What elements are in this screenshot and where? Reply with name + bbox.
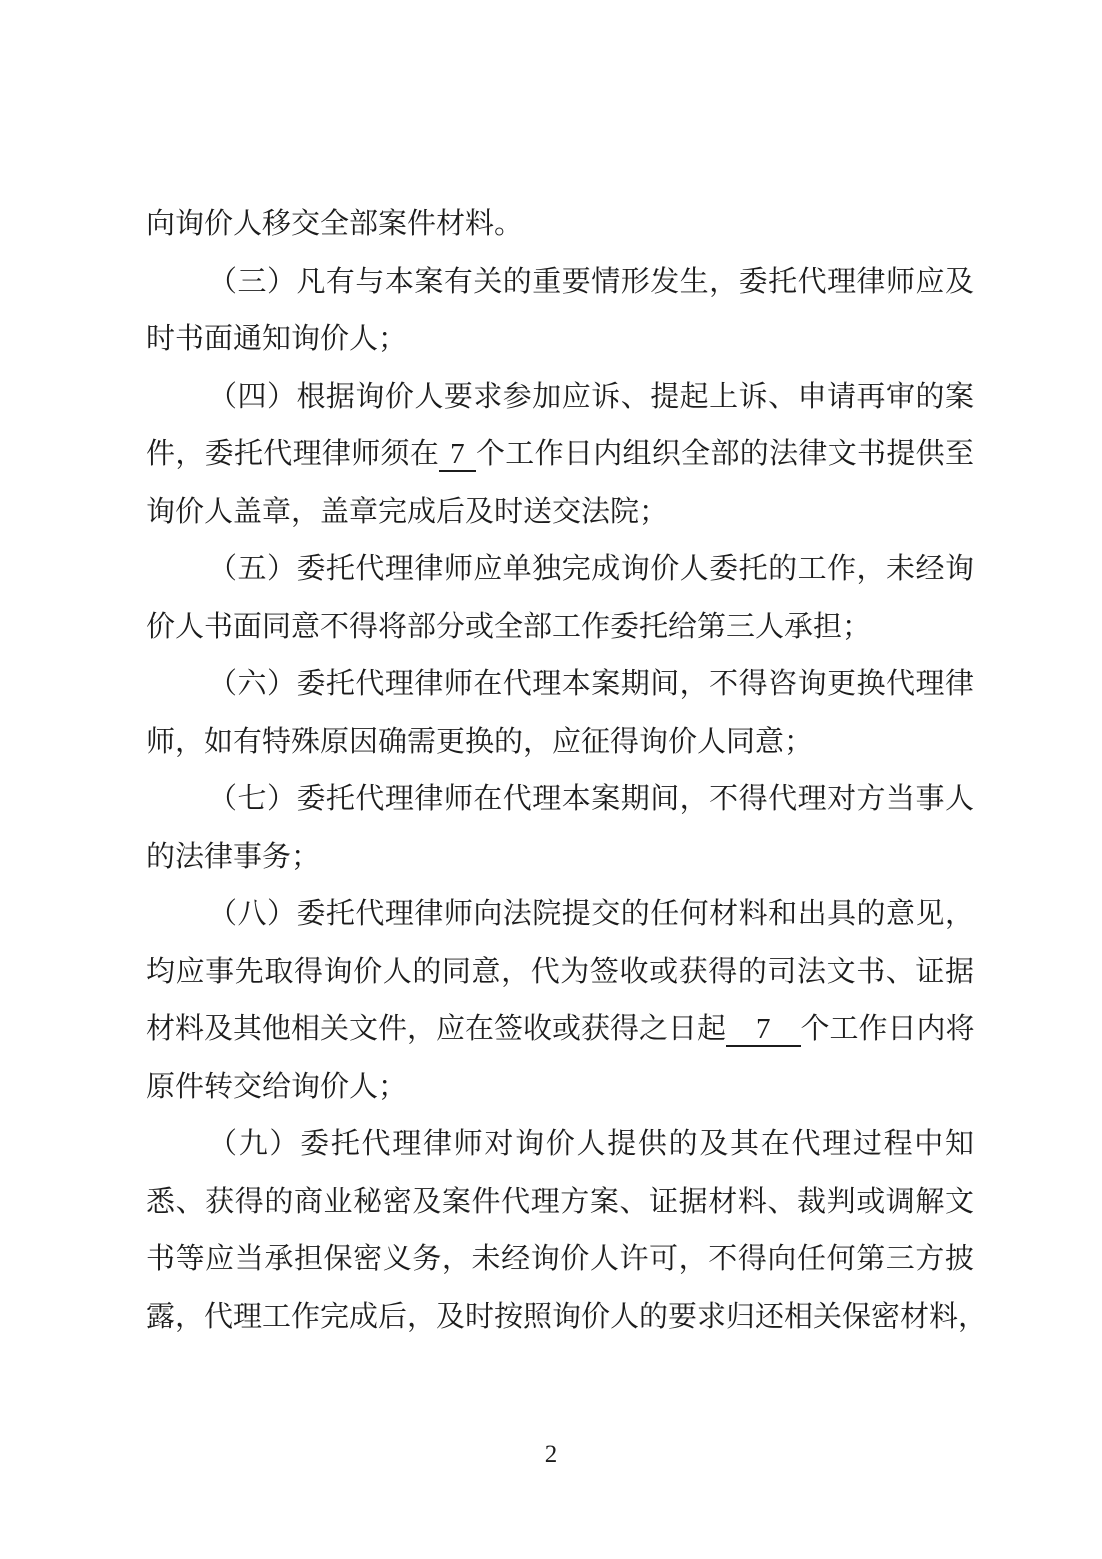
document-line: 均应事先取得询价人的同意，代为签收或获得的司法文书、证据 [146,944,974,1002]
document-line: （六）委托代理律师在代理本案期间，不得咨询更换代理律 [146,656,974,714]
document-line: 材料及其他相关文件，应在签收或获得之日起7个工作日内将 [146,1001,974,1059]
document-line: 悉、获得的商业秘密及案件代理方案、证据材料、裁判或调解文 [146,1174,974,1232]
document-line: 师，如有特殊原因确需更换的，应征得询价人同意； [146,714,974,772]
line-text: 个工作日内将 [801,1013,975,1045]
document-line: 时书面通知询价人； [146,311,974,369]
document-line: （四）根据询价人要求参加应诉、提起上诉、申请再审的案 [146,369,974,427]
document-line: 向询价人移交全部案件材料。 [146,196,974,254]
document-line: 书等应当承担保密义务，未经询价人许可，不得向任何第三方披 [146,1231,974,1289]
document-line: 露，代理工作完成后，及时按照询价人的要求归还相关保密材料， [146,1289,974,1347]
document-line: （三）凡有与本案有关的重要情形发生，委托代理律师应及 [146,254,974,312]
document-line: 件，委托代理律师须在7个工作日内组织全部的法律文书提供至 [146,426,974,484]
page-number: 2 [0,1440,1102,1470]
document-line: 价人书面同意不得将部分或全部工作委托给第三人承担； [146,599,974,657]
document-line: 询价人盖章，盖章完成后及时送交法院； [146,484,974,542]
line-text: 件，委托代理律师须在 [146,438,439,470]
filled-blank-underline: 7 [726,1013,801,1047]
line-text: 个工作日内组织全部的法律文书提供至 [476,438,974,470]
document-line: 的法律事务； [146,829,974,887]
line-text: 材料及其他相关文件，应在签收或获得之日起 [146,1013,726,1045]
document-line: （八）委托代理律师向法院提交的任何材料和出具的意见， [146,886,974,944]
document-page: 向询价人移交全部案件材料。 （三）凡有与本案有关的重要情形发生，委托代理律师应及… [0,0,1102,1559]
document-body: 向询价人移交全部案件材料。 （三）凡有与本案有关的重要情形发生，委托代理律师应及… [146,196,974,1346]
document-line: 原件转交给询价人； [146,1059,974,1117]
document-line: （五）委托代理律师应单独完成询价人委托的工作，未经询 [146,541,974,599]
document-line: （九）委托代理律师对询价人提供的及其在代理过程中知 [146,1116,974,1174]
filled-blank-underline: 7 [439,438,476,472]
document-line: （七）委托代理律师在代理本案期间，不得代理对方当事人 [146,771,974,829]
